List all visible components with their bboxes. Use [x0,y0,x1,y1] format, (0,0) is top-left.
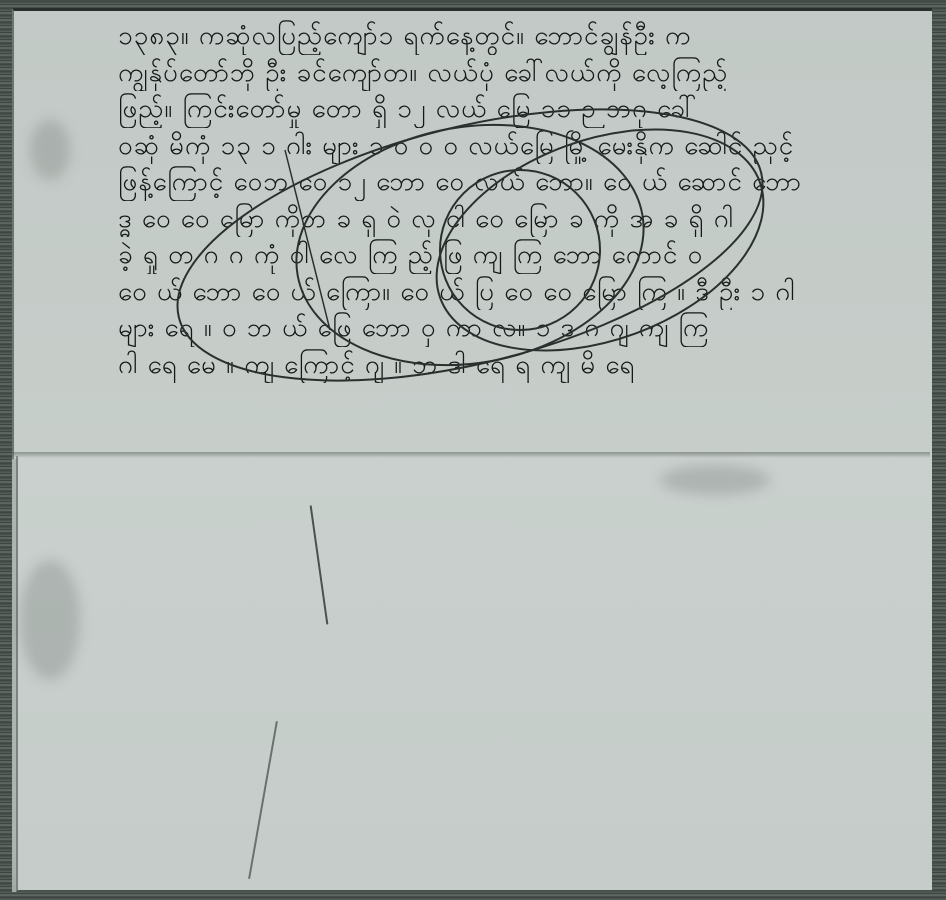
text-line-9: များ ရေ ။ ၀ ဘ ယ် ဖြေ ဘော ဝှ ကာ လ။ ၁ ဒ ဂ … [118,310,918,347]
text-line-8: ဝေ ယ် ဘော ဝေ ယ် ကြော။ ဝေ ယ် ပြ ဝေ ဝေ မြေ… [118,274,918,311]
handwritten-text-block: ၁၃၈၃။ ကဆုံလပြည့်ကျော်၁ ရက်နေ့တွင်။ ဘောင်… [118,18,918,383]
text-line-10: ဂါ ရေ မေ ။ ကျ ကြောင့် ဂျ ။ ဘ ဒါ ရေ ရ ကျ … [118,347,918,384]
text-line-3: ဖြည့်။ ကြင်းတော်မှု တော ရှိ ၁၂ လယ် မြေ ၁… [118,91,918,128]
lower-leaf [16,456,932,892]
stain [30,120,70,180]
text-line-4: ဝဆုံ မိကုံ ၁၃ ၁ ဂါး များ ၁ ၀ ၀ ဝ လယ်မြေ … [118,128,918,165]
text-line-6: ဒ္ဓ ဝေ ဝေ မြော ကိုဘ ခ ရှ ဝဲ လှ ငါ ဝေ မြေ… [118,201,918,238]
text-line-1: ၁၃၈၃။ ကဆုံလပြည့်ကျော်၁ ရက်နေ့တွင်။ ဘောင်… [118,18,918,55]
text-line-7: ခဲ့ ရှု တ ဂ ဂ ကုံ ဝါ လေ ကြ ည့် ဖြ ကျ ကြ … [118,237,918,274]
stain [20,560,80,680]
stain [660,465,770,495]
text-line-2: ကျွန်ုပ်တော်ဘို ဦး ခင်ကျော်တ။ လယ်ပုံ ခေါ… [118,55,918,92]
fold-line [12,452,930,458]
text-line-5: ဖြန့်ကြောင့် ဝေဘ ဝေ ၁၂ ဘော ဝေ လယ် ဘော။ ဝ… [118,164,918,201]
